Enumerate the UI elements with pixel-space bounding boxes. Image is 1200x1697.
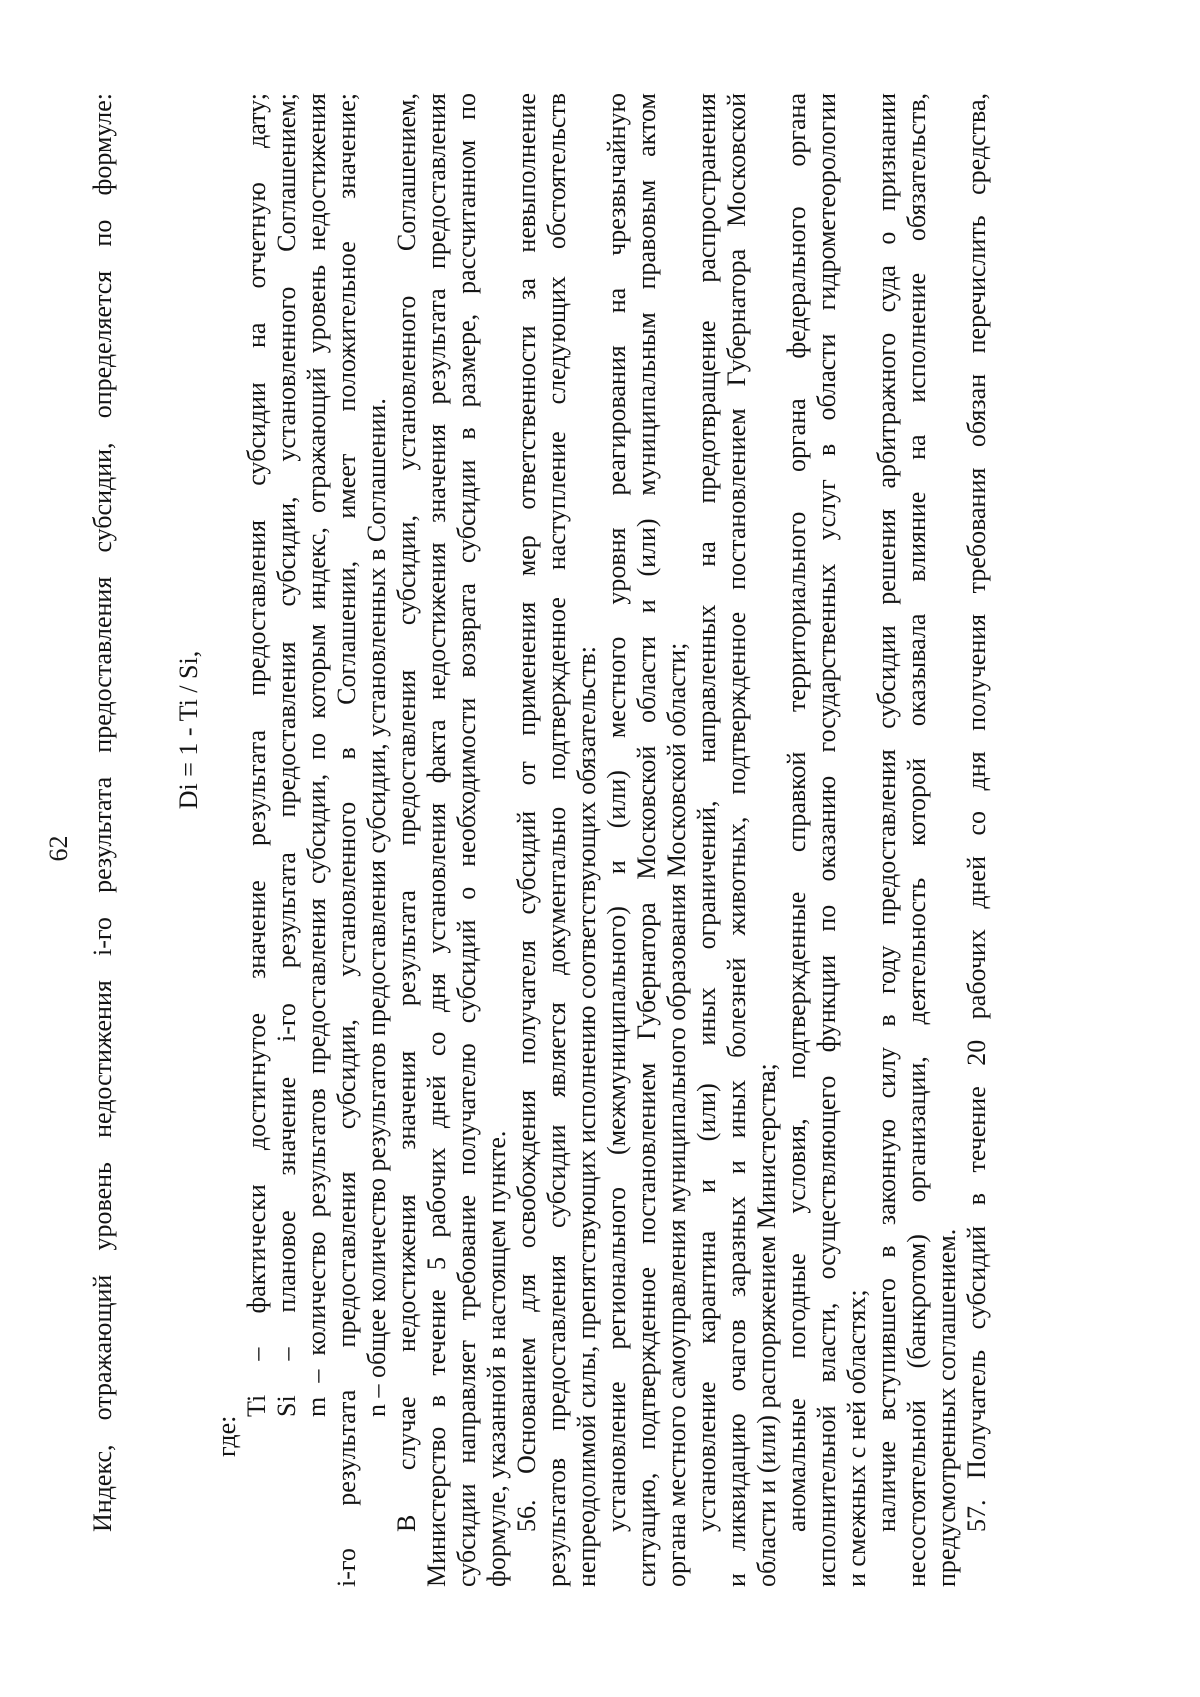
text-line: непреодолимой силы, препятствующих испол… — [572, 93, 602, 1587]
text-line: 56. Основанием для освобождения получате… — [512, 93, 542, 1587]
text-block: Индекс, отражающий уровень недостижения … — [88, 93, 992, 1587]
text-line: наличие вступившего в законную силу в го… — [872, 93, 902, 1587]
text-line: i-го результата предоставления субсидии,… — [332, 93, 362, 1587]
text-line: формуле, указанной в настоящем пункте. — [482, 93, 512, 1587]
text-line: установление регионального (межмуниципал… — [602, 93, 632, 1587]
formula-line: Di = 1 - Ti / Si, — [174, 93, 204, 1587]
text-line: Ti – фактически достигнутое значение рез… — [242, 93, 272, 1587]
text-line: ситуацию, подтвержденное постановлением … — [632, 93, 662, 1587]
text-line: n – общее количество результатов предост… — [362, 93, 392, 1587]
text-line: результатов предоставления субсидии явля… — [542, 93, 572, 1587]
text-line: Министерство в течение 5 рабочих дней со… — [422, 93, 452, 1587]
document-page: 62 Индекс, отражающий уровень недостижен… — [0, 0, 1200, 1697]
text-line: субсидии направляет требование получател… — [452, 93, 482, 1587]
text-line: В случае недостижения значения результат… — [392, 93, 422, 1587]
text-line: области и (или) распоряжением Министерст… — [752, 93, 782, 1587]
page-number: 62 — [44, 0, 74, 1697]
text-line: и ликвидацию очагов заразных и иных боле… — [722, 93, 752, 1587]
text-line: предусмотренных соглашением. — [932, 93, 962, 1587]
text-line: где: — [212, 93, 242, 1587]
text-line: несостоятельной (банкротом) организации,… — [902, 93, 932, 1587]
text-line: Si – плановое значение i-го результата п… — [272, 93, 302, 1587]
rotated-page: 62 Индекс, отражающий уровень недостижен… — [0, 0, 1200, 1697]
text-line: Индекс, отражающий уровень недостижения … — [88, 93, 118, 1587]
text-line: аномальные погодные условия, подтвержден… — [782, 93, 812, 1587]
text-line: m – количество результатов предоставлени… — [302, 93, 332, 1587]
text-line: установление карантина и (или) иных огра… — [692, 93, 722, 1587]
text-line: органа местного самоуправления муниципал… — [662, 93, 692, 1587]
text-line: и смежных с ней областях; — [842, 93, 872, 1587]
text-line: исполнительной власти, осуществляющего ф… — [812, 93, 842, 1587]
text-line: 57. Получатель субсидий в течение 20 раб… — [962, 93, 992, 1587]
